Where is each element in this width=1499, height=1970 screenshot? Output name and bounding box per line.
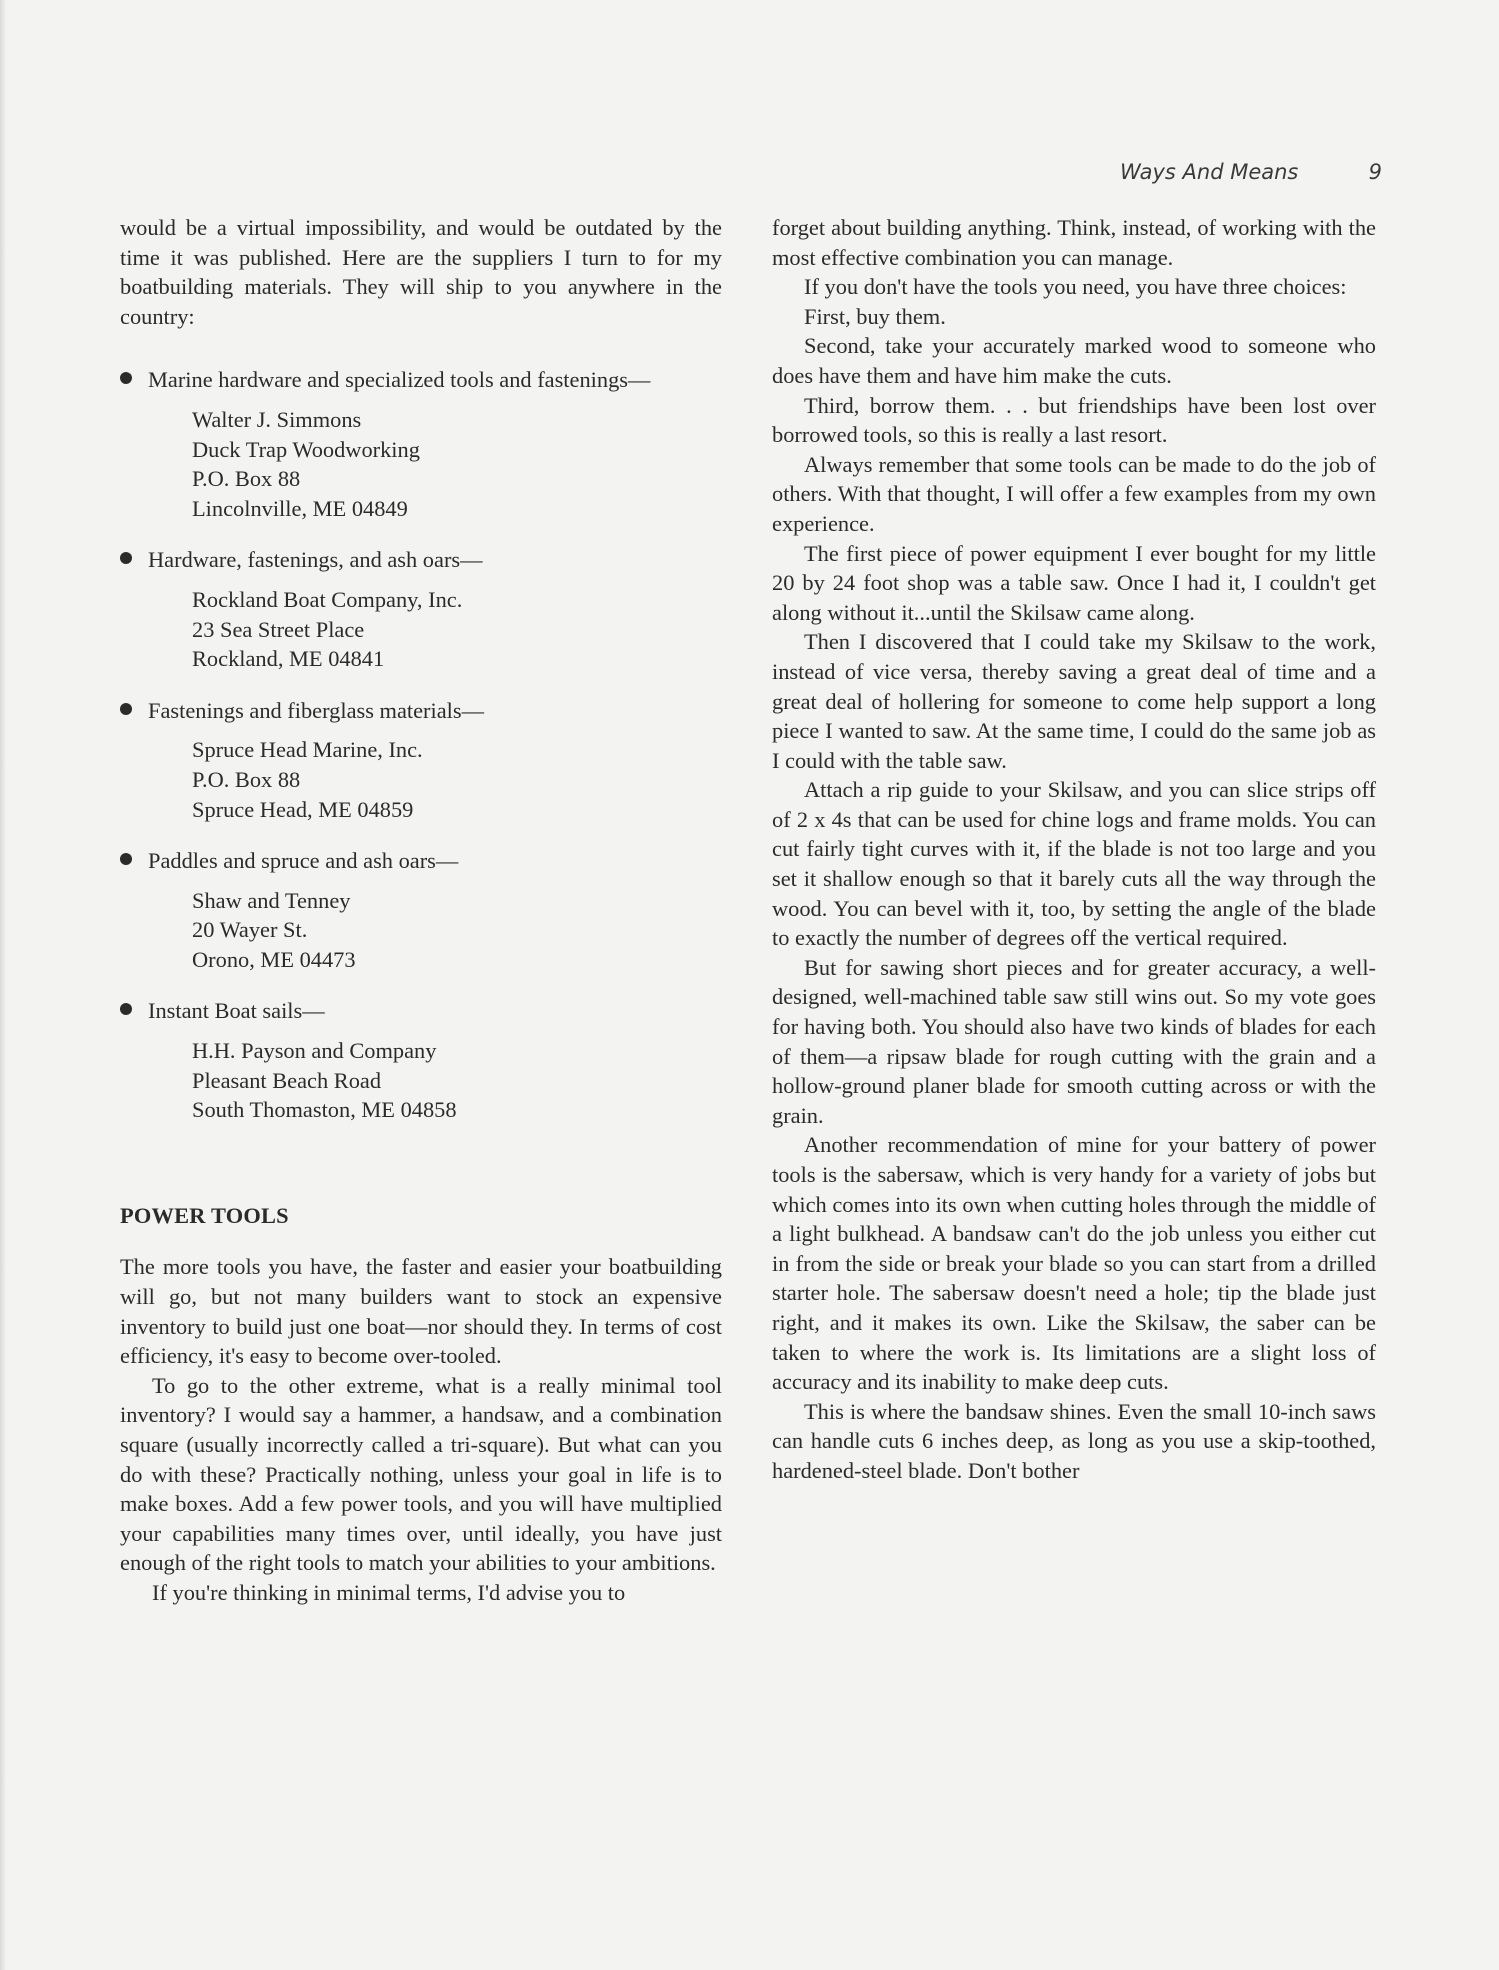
- body-paragraph: Then I discovered that I could take my S…: [772, 627, 1376, 775]
- section-heading: POWER TOOLS: [120, 1201, 722, 1231]
- supplier-category: Hardware, fastenings, and ash oars—: [120, 545, 722, 575]
- body-paragraph: Second, take your accurately marked wood…: [772, 331, 1376, 390]
- body-paragraph: The more tools you have, the faster and …: [120, 1252, 722, 1370]
- intro-paragraph: would be a virtual impossibility, and wo…: [120, 213, 722, 331]
- supplier-address: Rockland Boat Company, Inc. 23 Sea Stree…: [192, 585, 722, 674]
- supplier-item: Marine hardware and specialized tools an…: [120, 365, 722, 523]
- body-paragraph: The first piece of power equipment I eve…: [772, 539, 1376, 628]
- supplier-category: Marine hardware and specialized tools an…: [120, 365, 722, 395]
- supplier-item: Fastenings and fiberglass materials— Spr…: [120, 696, 722, 824]
- supplier-category: Fastenings and fiberglass materials—: [120, 696, 722, 726]
- body-paragraph: Always remember that some tools can be m…: [772, 450, 1376, 539]
- bullet-icon: [120, 853, 132, 865]
- bullet-icon: [120, 552, 132, 564]
- supplier-item: Hardware, fastenings, and ash oars— Rock…: [120, 545, 722, 673]
- page-number: 9: [1369, 160, 1382, 184]
- body-paragraph: This is where the bandsaw shines. Even t…: [772, 1397, 1376, 1486]
- supplier-address: Shaw and Tenney 20 Wayer St. Orono, ME 0…: [192, 886, 722, 975]
- body-paragraph: If you're thinking in minimal terms, I'd…: [120, 1578, 722, 1608]
- running-head-title: Ways And Means: [1120, 160, 1298, 184]
- body-paragraph: Attach a rip guide to your Skilsaw, and …: [772, 775, 1376, 953]
- supplier-item: Paddles and spruce and ash oars— Shaw an…: [120, 846, 722, 974]
- body-paragraph: First, buy them.: [772, 302, 1376, 332]
- body-paragraph: If you don't have the tools you need, yo…: [772, 272, 1376, 302]
- supplier-address: H.H. Payson and Company Pleasant Beach R…: [192, 1036, 722, 1125]
- body-paragraph: Another recommendation of mine for your …: [772, 1130, 1376, 1396]
- supplier-item: Instant Boat sails— H.H. Payson and Comp…: [120, 996, 722, 1124]
- body-paragraph: But for sawing short pieces and for grea…: [772, 953, 1376, 1131]
- bullet-icon: [120, 1003, 132, 1015]
- supplier-address: Walter J. Simmons Duck Trap Woodworking …: [192, 405, 722, 523]
- supplier-address: Spruce Head Marine, Inc. P.O. Box 88 Spr…: [192, 735, 722, 824]
- page-edge: [0, 0, 6, 1970]
- left-column: would be a virtual impossibility, and wo…: [120, 213, 722, 1608]
- body-paragraph: To go to the other extreme, what is a re…: [120, 1371, 722, 1578]
- bullet-icon: [120, 703, 132, 715]
- body-paragraph: forget about building anything. Think, i…: [772, 213, 1376, 272]
- bullet-icon: [120, 372, 132, 384]
- body-paragraph: Third, borrow them. . . but friendships …: [772, 391, 1376, 450]
- supplier-category: Paddles and spruce and ash oars—: [120, 846, 722, 876]
- running-head: Ways And Means 9: [1120, 160, 1382, 184]
- supplier-category: Instant Boat sails—: [120, 996, 722, 1026]
- right-column: forget about building anything. Think, i…: [772, 213, 1376, 1486]
